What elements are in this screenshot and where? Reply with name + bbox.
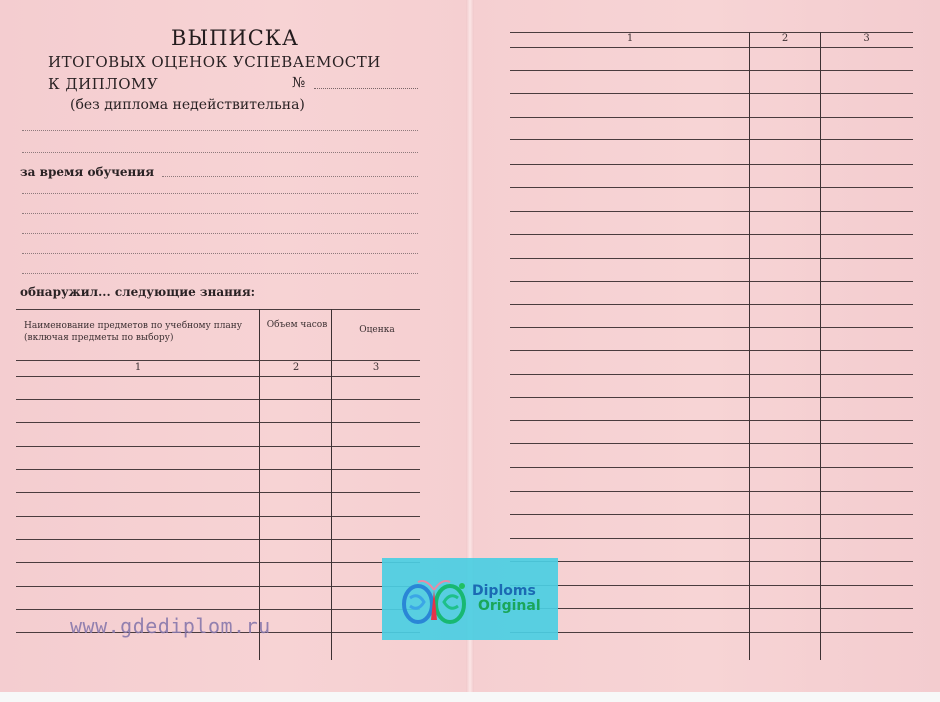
table-row-line: [510, 561, 913, 562]
study-period-field[interactable]: [162, 176, 418, 177]
table-row-line: [510, 234, 913, 235]
table-row-line: [510, 632, 913, 633]
table-row-line: [510, 187, 913, 188]
table-row-line: [16, 446, 420, 447]
document-subtitle: ИТОГОВЫХ ОЦЕНОК УСПЕВАЕМОСТИ: [48, 53, 381, 71]
table-row-line: [510, 585, 913, 586]
header-subject: Наименование предметов по учебному плану…: [24, 320, 254, 344]
butterfly-logo-icon: [396, 570, 476, 630]
column-number-1: 1: [16, 362, 260, 373]
table-row-line: [510, 443, 913, 444]
institution-field-line-1[interactable]: [22, 193, 418, 194]
knowledge-label: обнаружил... следующие знания:: [20, 285, 255, 299]
to-diploma-label: К ДИПЛОМУ: [48, 75, 158, 93]
table-row-line: [16, 399, 420, 400]
institution-field-line-3[interactable]: [22, 233, 418, 234]
institution-field-line-4[interactable]: [22, 253, 418, 254]
column-number-2: 2: [750, 33, 820, 44]
institution-field-line-2[interactable]: [22, 213, 418, 214]
header-hours: Объем часов: [262, 316, 332, 334]
table-row-line: [510, 374, 913, 375]
table-row-line: [510, 47, 913, 48]
column-number-2: 2: [260, 362, 332, 373]
table-top-border: [16, 309, 420, 310]
column-divider-2: [331, 309, 332, 660]
validity-note: (без диплома недействительна): [70, 97, 305, 113]
watermark-url: www.gdediplom.ru: [70, 614, 271, 638]
table-row-line: [510, 70, 913, 71]
table-row-line: [510, 420, 913, 421]
table-row-line: [510, 281, 913, 282]
column-divider-1: [259, 309, 260, 660]
logo-text-original: Original: [478, 598, 541, 614]
table-row-line: [510, 93, 913, 94]
table-row-line: [510, 350, 913, 351]
table-row-line: [510, 327, 913, 328]
table-row-line: [16, 539, 420, 540]
diploma-number-field[interactable]: [314, 88, 418, 89]
table-row-line: [510, 467, 913, 468]
table-row-line: [16, 562, 420, 563]
table-row-line: [510, 538, 913, 539]
study-period-row: за время обучения: [20, 165, 154, 179]
table-row-line: [510, 608, 913, 609]
table-row-line: [510, 258, 913, 259]
table-row-line: [510, 304, 913, 305]
diploma-number-label: №: [292, 75, 305, 91]
table-row-line: [510, 491, 913, 492]
table-row-line: [510, 397, 913, 398]
column-number-1: 1: [510, 33, 750, 44]
study-period-label: за время обучения: [20, 165, 154, 179]
table-row-line: [16, 609, 420, 610]
column-number-3: 3: [332, 362, 420, 373]
document-title: ВЫПИСКА: [0, 26, 470, 50]
column-divider-2: [820, 32, 821, 660]
table-row-line: [510, 117, 913, 118]
diploma-supplement-spread: ВЫПИСКА ИТОГОВЫХ ОЦЕНОК УСПЕВАЕМОСТИ К Д…: [0, 0, 940, 692]
table-row-line: [16, 376, 420, 377]
name-field-line-1[interactable]: [22, 130, 418, 131]
table-row-line: [510, 514, 913, 515]
table-row-line: [16, 586, 420, 587]
name-field-line-2[interactable]: [22, 152, 418, 153]
column-number-3: 3: [820, 33, 913, 44]
table-row-line: [16, 492, 420, 493]
table-row-line: [16, 516, 420, 517]
table-row-line: [510, 164, 913, 165]
table-row-line: [510, 211, 913, 212]
header-bottom-border: [16, 360, 420, 361]
logo-text-diploms: Diploms: [472, 583, 536, 599]
institution-field-line-5[interactable]: [22, 273, 418, 274]
table-row-line: [16, 422, 420, 423]
column-divider-1: [749, 32, 750, 660]
table-row-line: [16, 469, 420, 470]
table-row-line: [510, 139, 913, 140]
header-grade: Оценка: [334, 325, 420, 335]
